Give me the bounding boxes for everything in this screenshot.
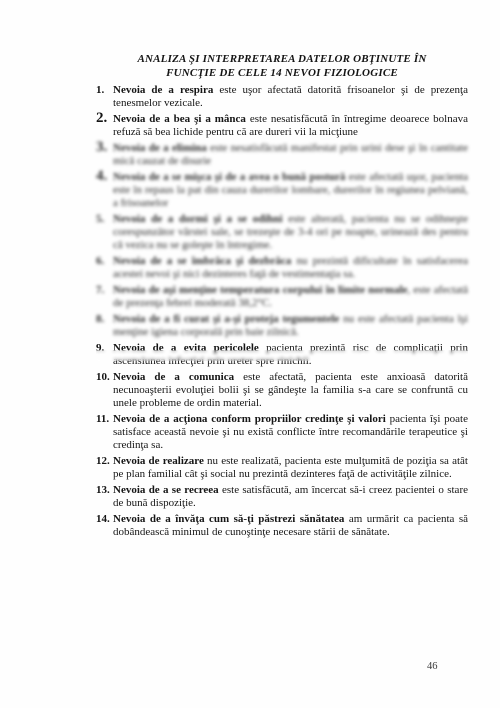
item-lead-text: Nevoia de a dormi şi a se odihni [113,213,283,225]
item-number: 4. [96,170,107,183]
list-item: 2.Nevoia de a bea şi a mânca este nesati… [96,113,468,139]
document-title: ANALIZA ŞI INTERPRETAREA DATELOR OBŢINUT… [96,52,468,80]
item-lead-text: Nevoia de aşi menţine temperatura corpul… [113,284,407,296]
list-item: 1.Nevoia de a respira este uşor afectată… [96,84,468,110]
item-lead-text: Nevoia de a bea şi a mânca [113,113,246,125]
item-number: 13. [96,484,110,497]
item-lead-text: Nevoia de realizare [113,455,204,467]
list-item: 11.Nevoia de a acţiona conform propriilo… [96,413,468,452]
item-number: 11. [96,413,109,426]
item-lead-text: Nevoia de a respira [113,84,213,96]
item-lead-text: Nevoia de a evita pericolele [113,342,259,354]
list-item: 4.Nevoia de a se mişca şi de a avea o bu… [96,171,468,210]
list-item: 3.Nevoia de a elimina este nesatisfăcută… [96,142,468,168]
item-number: 3. [96,141,107,154]
list-item: 5.Nevoia de a dormi şi a se odihni este … [96,213,468,252]
document-title-line-2: FUNCŢIE DE CELE 14 NEVOI FIZIOLOGICE [96,66,468,80]
item-lead-text: Nevoia de a elimina [113,142,207,154]
list-item: 7.Nevoia de aşi menţine temperatura corp… [96,284,468,310]
item-lead-text: Nevoia de a acţiona conform propriilor c… [113,413,386,425]
item-lead-text: Nevoia de a se mişca şi de a avea o bună… [113,171,345,183]
item-number: 5. [96,213,104,226]
list-section-blurred: 3.Nevoia de a elimina este nesatisfăcută… [96,142,468,339]
document-page: ANALIZA ŞI INTERPRETAREA DATELOR OBŢINUT… [0,0,500,708]
list-section-bottom: 9.Nevoia de a evita pericolele pacienta … [96,342,468,539]
item-lead-text: Nevoia de a se recreea [113,484,219,496]
item-number: 2. [96,112,107,125]
item-number: 7. [96,284,104,297]
list-item: 8.Nevoia de a fi curat şi a-şi proteja t… [96,313,468,339]
page-number: 46 [427,661,438,672]
document-body: ANALIZA ŞI INTERPRETAREA DATELOR OBŢINUT… [96,52,468,542]
item-number: 10. [96,371,110,384]
item-lead-text: Nevoia de a comunica [113,371,234,383]
item-number: 14. [96,513,110,526]
list-item: 9.Nevoia de a evita pericolele pacienta … [96,342,468,368]
list-item: 6.Nevoia de a se îmbrăca şi dezbrăca nu … [96,255,468,281]
item-lead-text: Nevoia de a fi curat şi a-şi proteja teg… [113,313,339,325]
item-number: 1. [96,84,104,97]
item-number: 8. [96,313,104,326]
list-item: 12.Nevoia de realizare nu este realizată… [96,455,468,481]
list-item: 13.Nevoia de a se recreea este satisfăcu… [96,484,468,510]
item-lead-text: Nevoia de a se îmbrăca şi dezbrăca [113,255,291,267]
list-section-top: 1.Nevoia de a respira este uşor afectată… [96,84,468,139]
list-item: 10.Nevoia de a comunica este afectată, p… [96,371,468,410]
item-number: 6. [96,255,104,268]
item-number: 12. [96,455,110,468]
item-lead-text: Nevoia de a învăţa cum să-ţi păstrezi să… [113,513,344,525]
list-item: 14.Nevoia de a învăţa cum să-ţi păstrezi… [96,513,468,539]
item-number: 9. [96,342,104,355]
needs-list: 1.Nevoia de a respira este uşor afectată… [96,84,468,539]
document-title-line-1: ANALIZA ŞI INTERPRETAREA DATELOR OBŢINUT… [96,52,468,66]
